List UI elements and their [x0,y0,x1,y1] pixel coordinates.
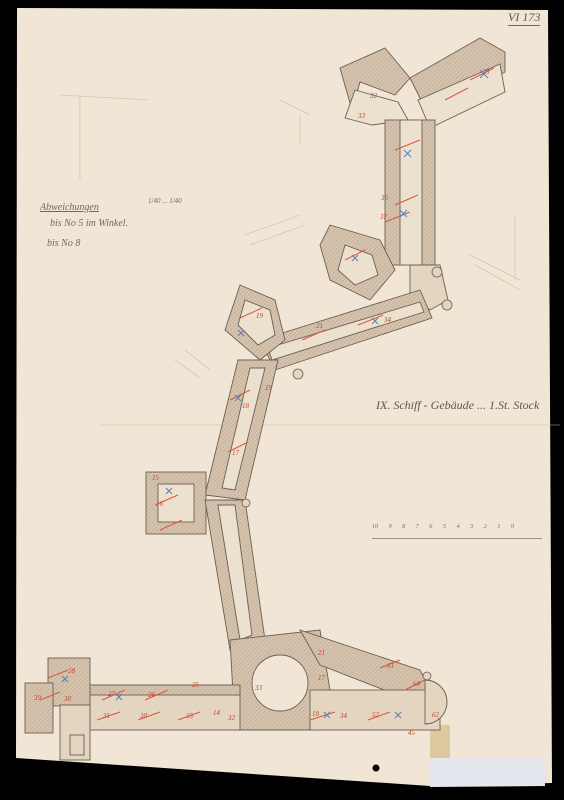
scale-tick: 6 [429,524,432,530]
scale-tick: 3 [470,524,473,530]
note-abweichungen: Abweichungen [40,202,99,213]
note-no8: bis No 8 [47,238,80,249]
room-number: 39 [34,694,41,702]
scale-tick: 8 [402,524,405,530]
room-number: 16 [156,500,163,508]
room-number: 17 [232,449,239,457]
room-number: 19 [265,384,272,392]
room-number: 21 [316,322,323,330]
scale-tick: 1 [497,524,500,530]
room-number: 28 [68,667,75,675]
room-number: 26 [148,691,155,699]
scale-tick: 9 [389,524,392,530]
room-number: 37 [380,213,387,221]
room-number: 64 [413,680,420,688]
room-number: 18 [312,710,319,718]
scale-tick: 10 [372,524,378,530]
room-number: 34 [384,316,391,324]
blue-paper-patch [430,758,545,787]
scale-tick: 5 [443,524,446,530]
room-number: 30 [140,712,147,720]
note-winkel: bis No 5 im Winkel. [50,218,128,229]
room-number: 14 [213,709,220,717]
room-number: 31 [483,68,490,76]
room-number: 32 [228,714,235,722]
room-number: 45 [408,729,415,737]
scale-tick: 0 [511,524,514,530]
room-number: 30 [64,695,71,703]
plan-title: IX. Schiff - Gebäude ... 1.St. Stock [376,398,539,413]
room-number: 15 [186,712,193,720]
scale-tick: 4 [457,524,460,530]
room-number: 31 [103,712,110,720]
room-number: 27 [108,690,115,698]
room-number: 15 [152,474,159,482]
room-number: 19 [256,312,263,320]
scale-bar: 10 9 8 7 6 5 4 3 2 1 0 [372,524,542,548]
hole-punch [373,765,380,772]
scale-tick: 7 [416,524,419,530]
sheet-id: VI 173 [508,10,540,26]
room-number: 52 [372,711,379,719]
room-number: 62 [432,711,439,719]
scale-tick: 2 [484,524,487,530]
room-number: 18 [242,402,249,410]
note-scale-fraction: 1/40 ... 1/40 [148,197,182,205]
room-number: 17 [318,674,325,682]
room-number: 21 [318,649,325,657]
room-number: 36 [381,194,388,202]
room-number: 34 [340,712,347,720]
room-number: 61 [387,662,394,670]
room-number: 33 [358,112,365,120]
room-number: 33 [255,684,262,692]
room-number: 32 [370,92,377,100]
room-number: 25 [192,681,199,689]
